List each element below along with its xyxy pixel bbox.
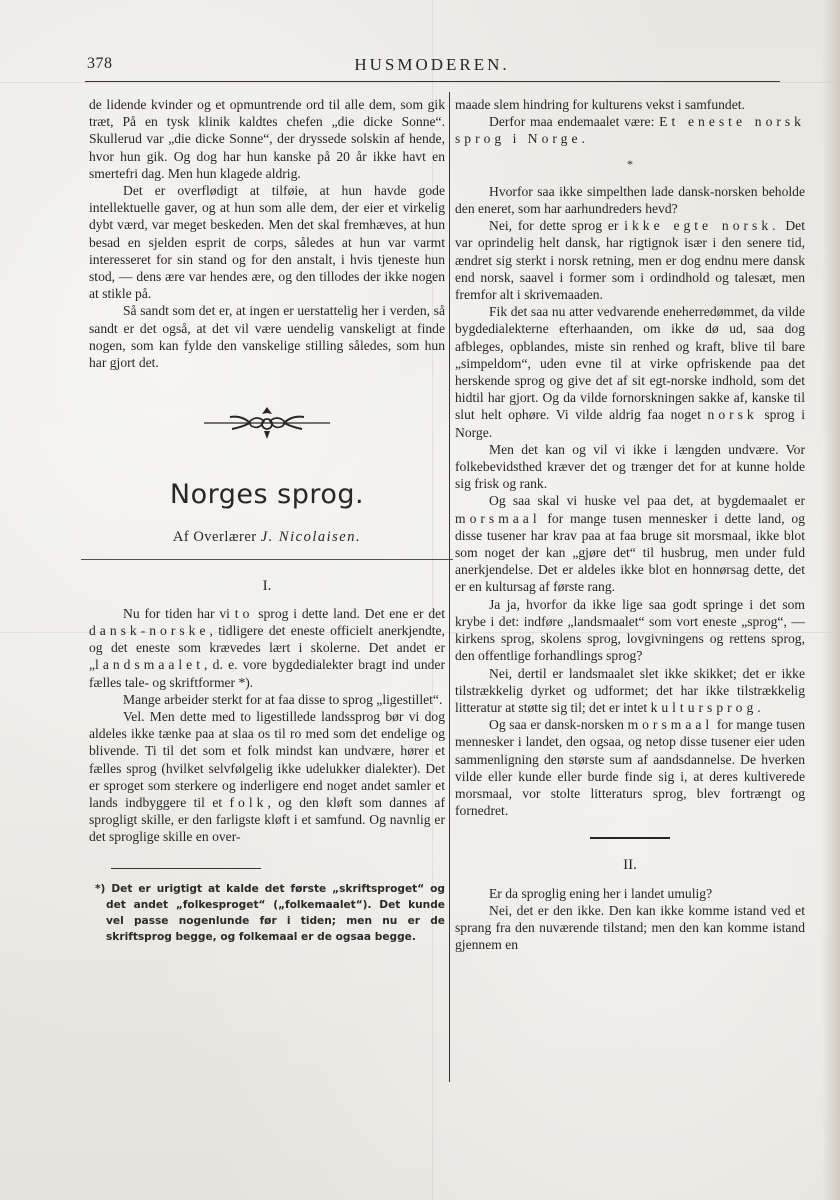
paragraph: Nei, det er den ikke. Den kan ikke komme…	[455, 902, 805, 954]
paragraph: Derfor maa endemaalet være: Et eneste no…	[455, 113, 805, 147]
footnote: *) Det er urigtigt at kalde det første „…	[89, 881, 445, 946]
newspaper-page: 378 HUSMODEREN. de lidende kvinder og et…	[0, 0, 840, 1200]
paragraph: Og saa skal vi huske vel paa det, at byg…	[455, 492, 805, 595]
paper-edge	[822, 0, 840, 1200]
header-rule	[85, 81, 780, 82]
paragraph: Nei, for dette sprog er ikke egte norsk.…	[455, 217, 805, 303]
paragraph: Hvorfor saa ikke simpelthen lade dansk-n…	[455, 183, 805, 217]
paragraph: Og saa er dansk-norsken morsmaal for man…	[455, 716, 805, 819]
paragraph: Ja ja, hvorfor da ikke lige saa godt spr…	[455, 596, 805, 665]
running-title: HUSMODEREN.	[87, 55, 777, 75]
author-name: J. Nicolaisen.	[261, 529, 361, 545]
paragraph: Men det kan og vil vi ikke i længden und…	[455, 441, 805, 493]
paragraph: Det er overflødigt at tilføie, at hun ha…	[89, 182, 445, 302]
paragraph: Nei, dertil er landsmaalet slet ikke ski…	[455, 665, 805, 717]
footnote-rule	[111, 868, 261, 869]
section-number: I.	[89, 578, 445, 595]
right-column: maade slem hindring for kulturens vekst …	[455, 96, 805, 953]
paragraph: Nu for tiden har vi to sprog i dette lan…	[89, 605, 445, 691]
section-number: II.	[455, 857, 805, 874]
fleuron-ornament-icon	[202, 405, 332, 445]
section-break-asterisk: *	[455, 156, 805, 173]
paragraph: Mange arbeider sterkt for at faa disse t…	[89, 691, 445, 708]
paragraph: Fik det saa nu atter vedvarende eneherre…	[455, 303, 805, 441]
paragraph: Vel. Men dette med to ligestillede lands…	[89, 708, 445, 846]
section-rule	[590, 837, 670, 839]
paragraph: de lidende kvinder og et opmuntrende ord…	[89, 96, 445, 182]
left-column: de lidende kvinder og et opmuntrende ord…	[89, 96, 445, 945]
column-divider	[449, 92, 450, 1082]
page-header: 378 HUSMODEREN.	[87, 55, 777, 83]
paragraph: Er da sproglig ening her i landet umulig…	[455, 885, 805, 902]
paragraph: maade slem hindring for kulturens vekst …	[455, 96, 805, 113]
paragraph: Så sandt som det er, at ingen er uerstat…	[89, 302, 445, 371]
title-rule	[81, 559, 453, 560]
article-title: Norges sprog.	[89, 479, 445, 511]
byline: Af Overlærer J. Nicolaisen.	[89, 529, 445, 546]
byline-prefix: Af Overlærer	[173, 529, 257, 545]
